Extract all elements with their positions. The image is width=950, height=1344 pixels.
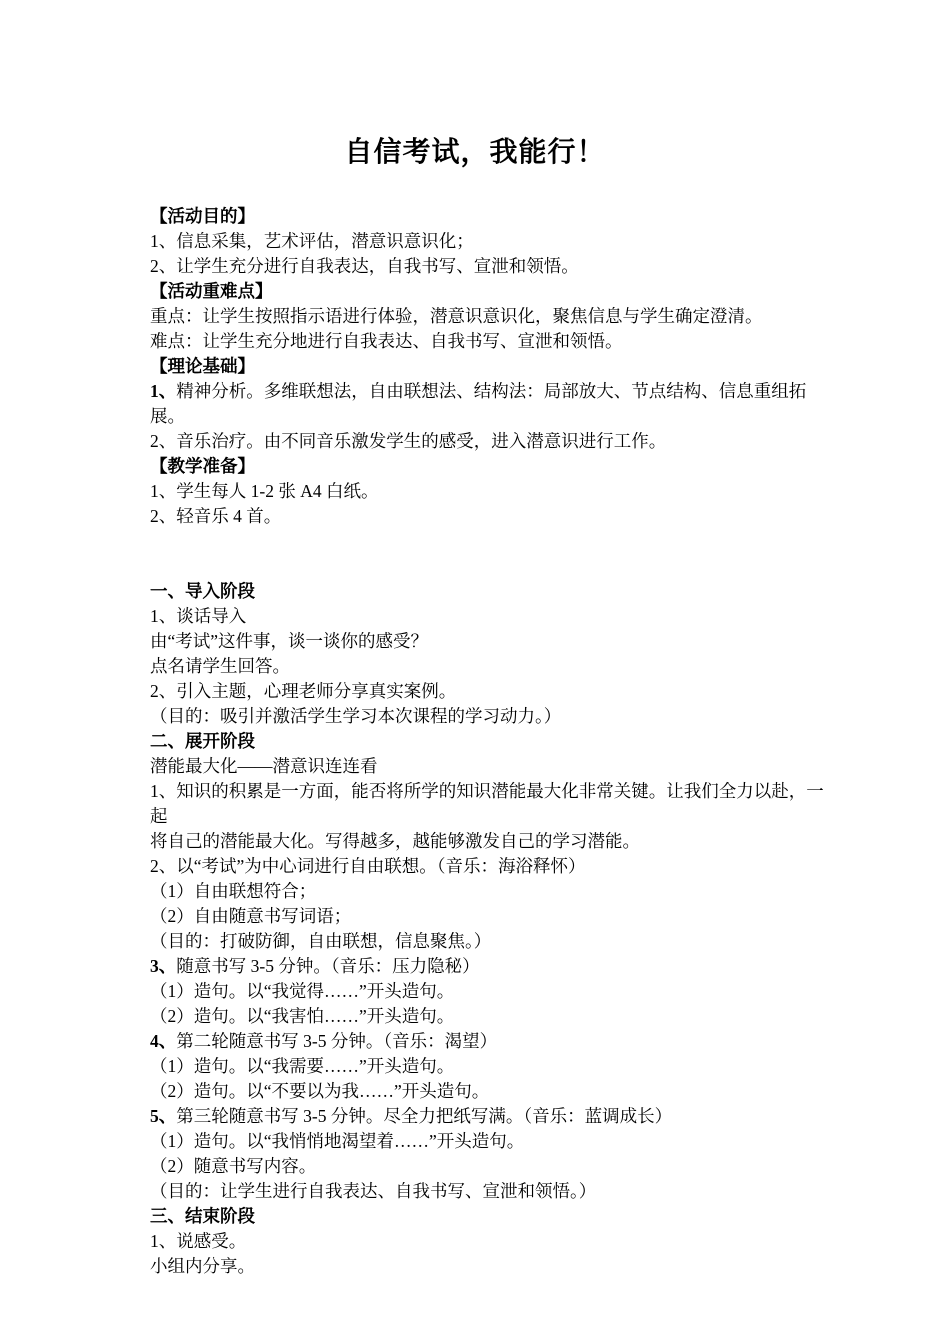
text-line: （2）自由随意书写词语；: [150, 904, 840, 929]
text-line: （1）造句。以“我需要……”开头造句。: [150, 1054, 840, 1079]
text-line-content: 第二轮随意书写 3-5 分钟。（音乐：渴望）: [176, 1031, 497, 1051]
text-line: 1、信息采集，艺术评估，潜意识意识化；: [150, 229, 840, 254]
text-line: 将自己的潜能最大化。写得越多，越能够激发自己的学习潜能。: [150, 829, 840, 854]
text-line: （2）造句。以“我害怕……”开头造句。: [150, 1004, 840, 1029]
text-line: （目的：打破防御，自由联想，信息聚焦。）: [150, 929, 840, 954]
text-line: 1、说感受。: [150, 1229, 840, 1254]
section-heading: 【活动重难点】: [150, 279, 840, 304]
text-line-content: 随意书写 3-5 分钟。（音乐：压力隐秘）: [176, 956, 479, 976]
text-line: 小组内分享。: [150, 1254, 840, 1279]
text-line: 4、第二轮随意书写 3-5 分钟。（音乐：渴望）: [150, 1029, 840, 1054]
text-line: 3、随意书写 3-5 分钟。（音乐：压力隐秘）: [150, 954, 840, 979]
section-heading: 二、展开阶段: [150, 729, 840, 754]
text-line: 1、学生每人 1-2 张 A4 白纸。: [150, 479, 840, 504]
text-line: 重点：让学生按照指示语进行体验，潜意识意识化，聚焦信息与学生确定澄清。: [150, 304, 840, 329]
text-line: （2）随意书写内容。: [150, 1154, 840, 1179]
text-line: 1、谈话导入: [150, 604, 840, 629]
text-line-content: 精神分析。多维联想法，自由联想法、结构法：局部放大、节点结构、信息重组拓展。: [150, 381, 806, 426]
text-line: （2）造句。以“不要以为我……”开头造句。: [150, 1079, 840, 1104]
text-line: （1）造句。以“我觉得……”开头造句。: [150, 979, 840, 1004]
text-line: 难点：让学生充分地进行自我表达、自我书写、宣泄和领悟。: [150, 329, 840, 354]
bold-number-prefix: 3、: [150, 956, 176, 976]
section-heading: 【教学准备】: [150, 454, 840, 479]
text-line: 潜能最大化——潜意识连连看: [150, 754, 840, 779]
text-line: 1、精神分析。多维联想法，自由联想法、结构法：局部放大、节点结构、信息重组拓展。: [150, 379, 840, 429]
section-heading: 一、导入阶段: [150, 579, 840, 604]
bold-number-prefix: 4、: [150, 1031, 176, 1051]
text-line: 2、音乐治疗。由不同音乐激发学生的感受，进入潜意识进行工作。: [150, 429, 840, 454]
section-heading: 【活动目的】: [150, 204, 840, 229]
bold-number-prefix: 1、: [150, 381, 176, 401]
text-line: （1）自由联想符合；: [150, 879, 840, 904]
text-line: 2、引入主题，心理老师分享真实案例。: [150, 679, 840, 704]
text-line: 2、以“考试”为中心词进行自由联想。（音乐：海浴释怀）: [150, 854, 840, 879]
text-line: 点名请学生回答。: [150, 654, 840, 679]
blank-line: [150, 554, 840, 579]
text-line: 2、让学生充分进行自我表达，自我书写、宣泄和领悟。: [150, 254, 840, 279]
text-line: （1）造句。以“我悄悄地渴望着……”开头造句。: [150, 1129, 840, 1154]
document-body: 【活动目的】1、信息采集，艺术评估，潜意识意识化；2、让学生充分进行自我表达，自…: [150, 204, 840, 1279]
text-line: （目的：让学生进行自我表达、自我书写、宣泄和领悟。）: [150, 1179, 840, 1204]
document-title: 自信考试，我能行！: [0, 138, 950, 168]
section-heading: 【理论基础】: [150, 354, 840, 379]
text-line: 2、轻音乐 4 首。: [150, 504, 840, 529]
text-line-content: 第三轮随意书写 3-5 分钟。尽全力把纸写满。（音乐：蓝调成长）: [176, 1106, 672, 1126]
document-page: 自信考试，我能行！ 【活动目的】1、信息采集，艺术评估，潜意识意识化；2、让学生…: [0, 0, 950, 1344]
section-heading: 三、结束阶段: [150, 1204, 840, 1229]
blank-line: [150, 529, 840, 554]
text-line: 5、第三轮随意书写 3-5 分钟。尽全力把纸写满。（音乐：蓝调成长）: [150, 1104, 840, 1129]
bold-number-prefix: 5、: [150, 1106, 176, 1126]
text-line: （目的：吸引并激活学生学习本次课程的学习动力。）: [150, 704, 840, 729]
text-line: 由“考试”这件事，谈一谈你的感受？: [150, 629, 840, 654]
text-line: 1、知识的积累是一方面，能否将所学的知识潜能最大化非常关键。让我们全力以赴，一起: [150, 779, 840, 829]
